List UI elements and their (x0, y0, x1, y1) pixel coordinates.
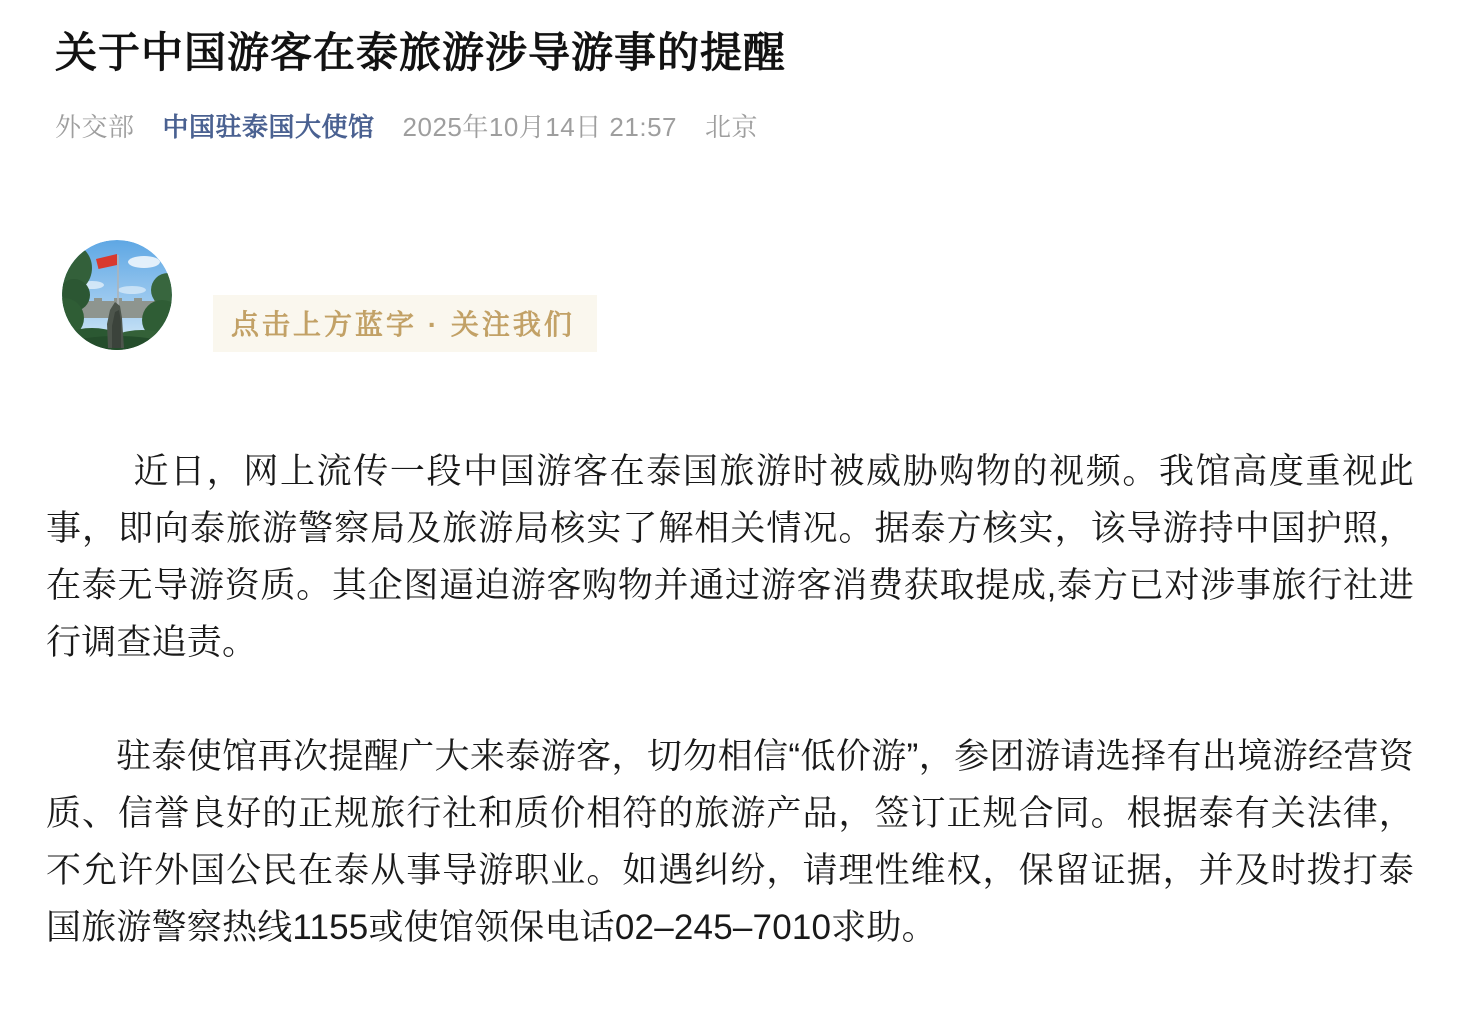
article-body: 近日，网上流传一段中国游客在泰国旅游时被威胁购物的视频。我馆高度重视此事，即向泰… (46, 443, 1414, 956)
article-page: 关于中国游客在泰旅游涉导游事的提醒 外交部 中国驻泰国大使馆 2025年10月1… (0, 0, 1472, 1018)
article-meta: 外交部 中国驻泰国大使馆 2025年10月14日 21:57 北京 (55, 107, 1414, 144)
follow-banner-label: 点击上方蓝字 · 关注我们 (231, 309, 575, 340)
account-header: 点击上方蓝字 · 关注我们 (62, 240, 1414, 350)
paragraph-2: 驻泰使馆再次提醒广大来泰游客，切勿相信“低价游”，参团游请选择有出境游经营资质、… (46, 728, 1414, 956)
follow-banner[interactable]: 点击上方蓝字 · 关注我们 (213, 295, 597, 352)
publish-location: 北京 (705, 107, 758, 144)
avatar-photo-icon (62, 240, 172, 350)
paragraph-1: 近日，网上流传一段中国游客在泰国旅游时被威胁购物的视频。我馆高度重视此事，即向泰… (46, 443, 1414, 671)
account-avatar[interactable] (62, 240, 172, 350)
publish-datetime: 2025年10月14日 21:57 (403, 107, 677, 144)
account-link[interactable]: 中国驻泰国大使馆 (163, 107, 375, 144)
source-label: 外交部 (55, 107, 135, 144)
article-title: 关于中国游客在泰旅游涉导游事的提醒 (55, 26, 1414, 81)
